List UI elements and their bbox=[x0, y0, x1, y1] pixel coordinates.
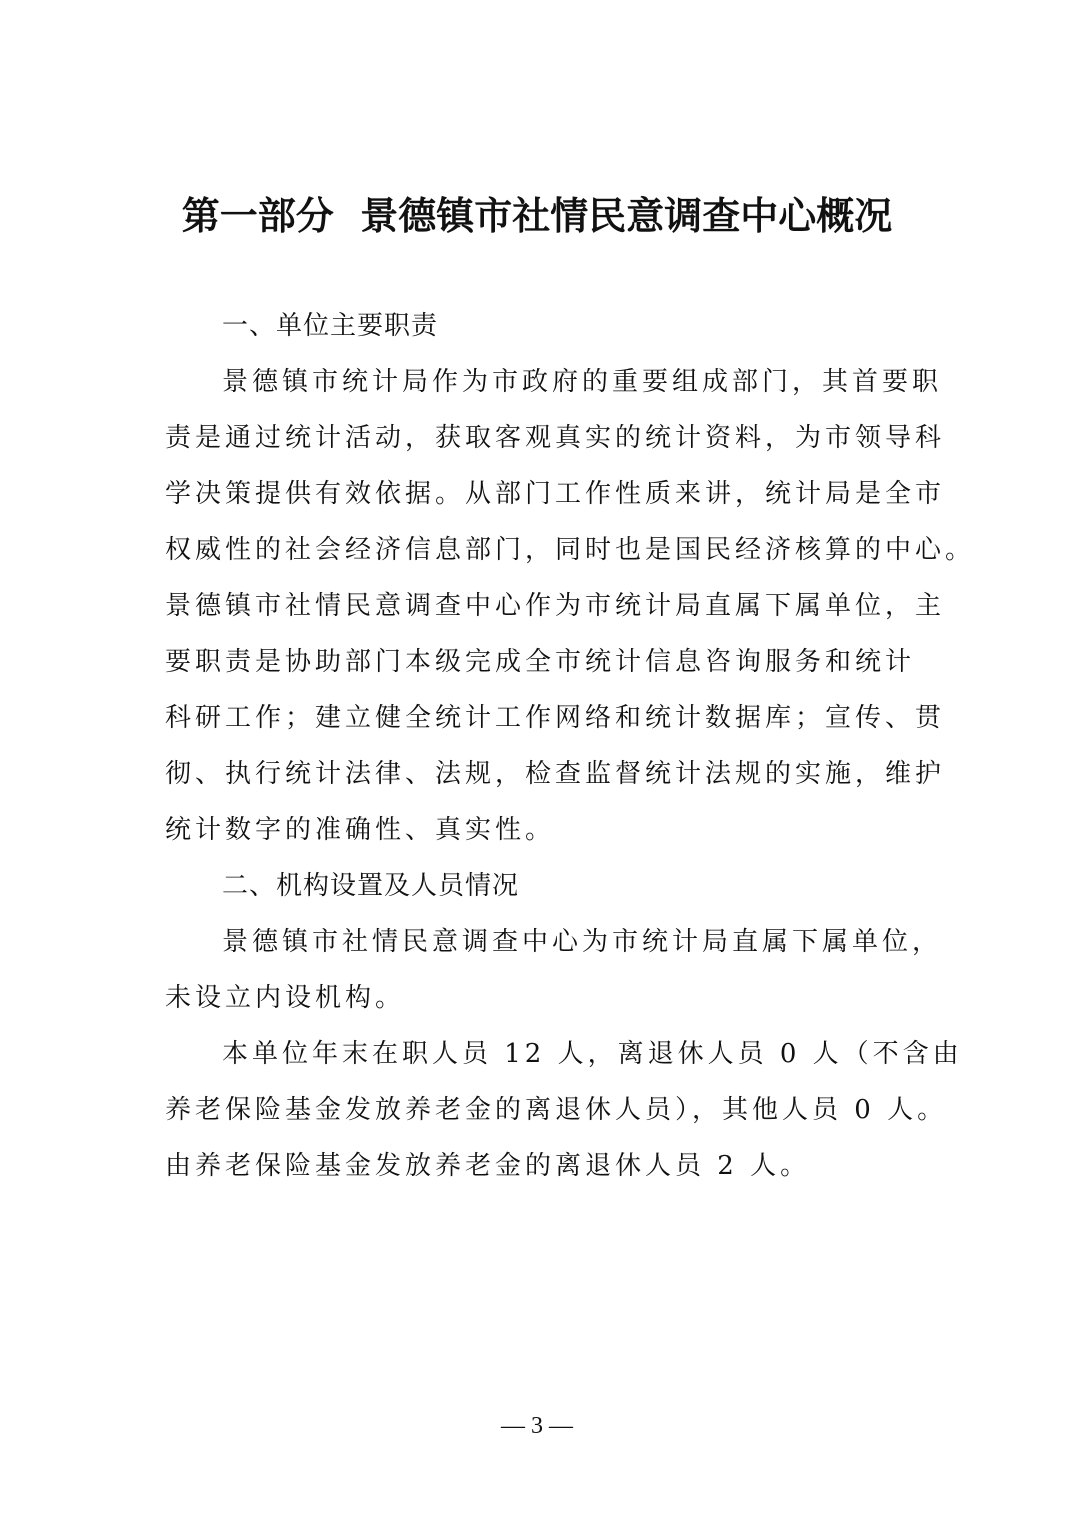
paragraph-line: 景德镇市社情民意调查中心为市统计局直属下属单位， bbox=[222, 922, 942, 962]
paragraph-line: 彻、执行统计法律、法规，检查监督统计法规的实施，维护 bbox=[165, 754, 945, 794]
paragraph-line: 要职责是协助部门本级完成全市统计信息咨询服务和统计 bbox=[165, 642, 915, 682]
paragraph-line: 责是通过统计活动，获取客观真实的统计资料，为市领导科 bbox=[165, 418, 945, 458]
page-number: — 3 — bbox=[0, 1410, 1074, 1442]
paragraph-line: 养老保险基金发放养老金的离退休人员），其他人员 0 人。 bbox=[165, 1090, 947, 1130]
page-title: 第一部分 景德镇市社情民意调查中心概况 bbox=[0, 188, 1074, 244]
paragraph-line: 由养老保险基金发放养老金的离退休人员 2 人。 bbox=[165, 1146, 810, 1186]
paragraph-line: 学决策提供有效依据。从部门工作性质来讲，统计局是全市 bbox=[165, 474, 945, 514]
paragraph-line: 景德镇市统计局作为市政府的重要组成部门，其首要职 bbox=[222, 362, 942, 402]
paragraph-line: 统计数字的准确性、真实性。 bbox=[165, 810, 555, 850]
paragraph-line: 本单位年末在职人员 12 人，离退休人员 0 人（不含由 bbox=[222, 1034, 963, 1074]
paragraph-line: 未设立内设机构。 bbox=[165, 978, 405, 1018]
paragraph-line: 景德镇市社情民意调查中心作为市统计局直属下属单位，主 bbox=[165, 586, 945, 626]
section-heading-duties: 一、单位主要职责 bbox=[222, 306, 438, 346]
section-heading-organization: 二、机构设置及人员情况 bbox=[222, 866, 519, 906]
paragraph-line: 权威性的社会经济信息部门，同时也是国民经济核算的中心。 bbox=[165, 530, 975, 570]
paragraph-line: 科研工作；建立健全统计工作网络和统计数据库；宣传、贯 bbox=[165, 698, 945, 738]
